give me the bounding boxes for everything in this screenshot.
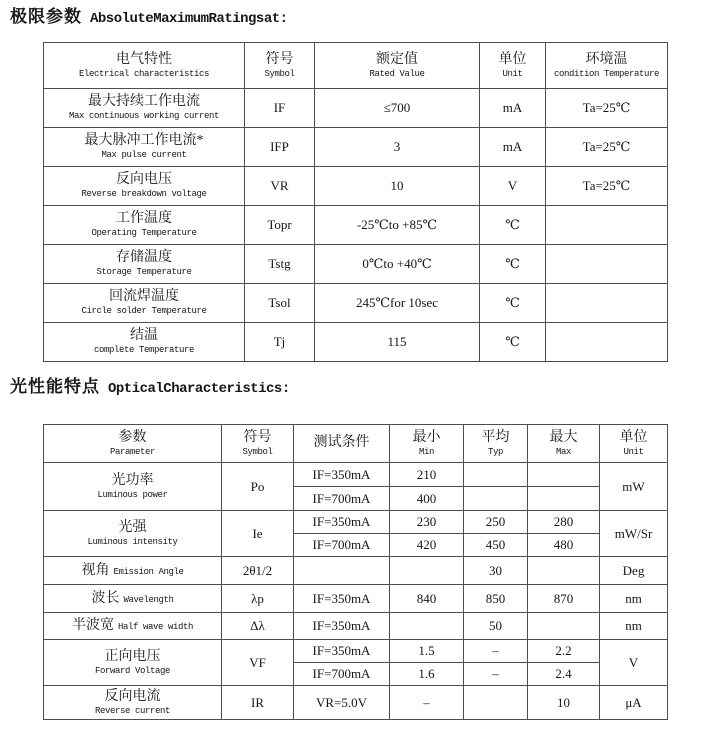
section2-title-en: OpticalCharacteristics: — [108, 381, 290, 397]
param-name-cell: 反向电流Reverse current — [44, 686, 222, 720]
test-condition-cell — [294, 557, 390, 585]
param-name-cell: 半波宽Half wave width — [44, 613, 222, 640]
unit-cell: μA — [600, 686, 668, 720]
unit-cell: ℃ — [480, 245, 546, 284]
unit-cell: ℃ — [480, 206, 546, 245]
param-name-cell: 存储温度Storage Temperature — [44, 245, 245, 284]
symbol-cell: IF — [245, 89, 315, 128]
max-cell — [528, 557, 600, 585]
header-rated-value: 额定值Rated Value — [315, 43, 480, 89]
table-row: 波长Wavelength λp IF=350mA 840 850 870 nm — [44, 585, 668, 613]
unit-cell: nm — [600, 613, 668, 640]
header-max: 最大Max — [528, 425, 600, 463]
typ-cell: 30 — [464, 557, 528, 585]
min-cell: 210 — [390, 463, 464, 487]
unit-cell: ℃ — [480, 323, 546, 362]
table-row: 工作温度Operating Temperature Topr -25℃to +8… — [44, 206, 668, 245]
max-cell: 2.4 — [528, 663, 600, 686]
max-cell — [528, 463, 600, 487]
symbol-cell: Tsol — [245, 284, 315, 323]
unit-cell: V — [480, 167, 546, 206]
condition-cell — [546, 284, 668, 323]
test-condition-cell: IF=700mA — [294, 663, 390, 686]
max-cell: 480 — [528, 534, 600, 557]
max-cell: 870 — [528, 585, 600, 613]
test-condition-cell: VR=5.0V — [294, 686, 390, 720]
table2-header-row: 参数Parameter 符号Symbol 测试条件 最小Min 平均Typ 最大… — [44, 425, 668, 463]
symbol-cell: 2θ1/2 — [222, 557, 294, 585]
header-unit: 单位Unit — [600, 425, 668, 463]
section2-title: 光性能特点OpticalCharacteristics: — [10, 376, 290, 398]
unit-cell: Deg — [600, 557, 668, 585]
param-name-cell: 工作温度Operating Temperature — [44, 206, 245, 245]
max-cell: 280 — [528, 511, 600, 534]
optical-characteristics-table: 参数Parameter 符号Symbol 测试条件 最小Min 平均Typ 最大… — [43, 424, 668, 720]
table-row: 存储温度Storage Temperature Tstg 0℃to +40℃ ℃ — [44, 245, 668, 284]
typ-cell: – — [464, 663, 528, 686]
min-cell: 1.6 — [390, 663, 464, 686]
min-cell: 1.5 — [390, 640, 464, 663]
typ-cell: 450 — [464, 534, 528, 557]
symbol-cell: λp — [222, 585, 294, 613]
min-cell: 400 — [390, 487, 464, 511]
symbol-cell: Topr — [245, 206, 315, 245]
symbol-cell: IFP — [245, 128, 315, 167]
min-cell: – — [390, 686, 464, 720]
condition-cell: Ta=25℃ — [546, 167, 668, 206]
table-row: 结温complete Temperature Tj 115 ℃ — [44, 323, 668, 362]
test-condition-cell: IF=350mA — [294, 463, 390, 487]
test-condition-cell: IF=350mA — [294, 585, 390, 613]
rated-value-cell: 245℃for 10sec — [315, 284, 480, 323]
condition-cell: Ta=25℃ — [546, 128, 668, 167]
table-row: 最大脉冲工作电流*Max pulse current IFP 3 mA Ta=2… — [44, 128, 668, 167]
table-row: 回流焊温度Circle solder Temperature Tsol 245℃… — [44, 284, 668, 323]
rated-value-cell: 10 — [315, 167, 480, 206]
section1-title-en: AbsoluteMaximumRatingsat: — [90, 11, 288, 27]
table-row: 光强Luminous intensity Ie IF=350mA 230 250… — [44, 511, 668, 534]
param-name-cell: 最大持续工作电流Max continuous working current — [44, 89, 245, 128]
param-name-cell: 结温complete Temperature — [44, 323, 245, 362]
typ-cell: 850 — [464, 585, 528, 613]
test-condition-cell: IF=700mA — [294, 534, 390, 557]
unit-cell: ℃ — [480, 284, 546, 323]
unit-cell: mA — [480, 89, 546, 128]
table-row: 视角Emission Angle 2θ1/2 30 Deg — [44, 557, 668, 585]
min-cell — [390, 613, 464, 640]
absolute-maximum-ratings-table: 电气特性Electrical characteristics 符号Symbol … — [43, 42, 668, 362]
param-name-cell: 正向电压Forward Voltage — [44, 640, 222, 686]
test-condition-cell: IF=700mA — [294, 487, 390, 511]
typ-cell — [464, 686, 528, 720]
symbol-cell: Ie — [222, 511, 294, 557]
table1-header-row: 电气特性Electrical characteristics 符号Symbol … — [44, 43, 668, 89]
condition-cell — [546, 245, 668, 284]
max-cell: 2.2 — [528, 640, 600, 663]
symbol-cell: Tj — [245, 323, 315, 362]
min-cell: 420 — [390, 534, 464, 557]
param-name-cell: 反向电压Reverse breakdown voltage — [44, 167, 245, 206]
unit-cell: nm — [600, 585, 668, 613]
rated-value-cell: 3 — [315, 128, 480, 167]
typ-cell — [464, 463, 528, 487]
min-cell — [390, 557, 464, 585]
symbol-cell: VR — [245, 167, 315, 206]
param-name-cell: 回流焊温度Circle solder Temperature — [44, 284, 245, 323]
param-name-cell: 波长Wavelength — [44, 585, 222, 613]
unit-cell: V — [600, 640, 668, 686]
symbol-cell: Δλ — [222, 613, 294, 640]
test-condition-cell: IF=350mA — [294, 511, 390, 534]
unit-cell: mW/Sr — [600, 511, 668, 557]
table-row: 反向电压Reverse breakdown voltage VR 10 V Ta… — [44, 167, 668, 206]
section1-title: 极限参数AbsoluteMaximumRatingsat: — [10, 6, 288, 28]
param-name-cell: 最大脉冲工作电流*Max pulse current — [44, 128, 245, 167]
header-min: 最小Min — [390, 425, 464, 463]
typ-cell — [464, 487, 528, 511]
symbol-cell: Tstg — [245, 245, 315, 284]
typ-cell: 250 — [464, 511, 528, 534]
param-name-cell: 光功率Luminous power — [44, 463, 222, 511]
rated-value-cell: -25℃to +85℃ — [315, 206, 480, 245]
header-typ: 平均Typ — [464, 425, 528, 463]
header-parameter: 参数Parameter — [44, 425, 222, 463]
table-row: 光功率Luminous power Po IF=350mA 210 mW — [44, 463, 668, 487]
unit-cell: mW — [600, 463, 668, 511]
rated-value-cell: 115 — [315, 323, 480, 362]
header-condition-temperature: 环境温condition Temperature — [546, 43, 668, 89]
rated-value-cell: ≤700 — [315, 89, 480, 128]
condition-cell — [546, 206, 668, 245]
param-name-cell: 视角Emission Angle — [44, 557, 222, 585]
test-condition-cell: IF=350mA — [294, 640, 390, 663]
table-row: 半波宽Half wave width Δλ IF=350mA 50 nm — [44, 613, 668, 640]
header-symbol: 符号Symbol — [222, 425, 294, 463]
max-cell — [528, 487, 600, 511]
min-cell: 230 — [390, 511, 464, 534]
table-row: 正向电压Forward Voltage VF IF=350mA 1.5 – 2.… — [44, 640, 668, 663]
table-row: 最大持续工作电流Max continuous working current I… — [44, 89, 668, 128]
max-cell: 10 — [528, 686, 600, 720]
condition-cell: Ta=25℃ — [546, 89, 668, 128]
param-name-cell: 光强Luminous intensity — [44, 511, 222, 557]
condition-cell — [546, 323, 668, 362]
typ-cell: – — [464, 640, 528, 663]
max-cell — [528, 613, 600, 640]
min-cell: 840 — [390, 585, 464, 613]
header-test-condition: 测试条件 — [294, 425, 390, 463]
symbol-cell: VF — [222, 640, 294, 686]
table-row: 反向电流Reverse current IR VR=5.0V – 10 μA — [44, 686, 668, 720]
unit-cell: mA — [480, 128, 546, 167]
typ-cell: 50 — [464, 613, 528, 640]
header-electrical-characteristics: 电气特性Electrical characteristics — [44, 43, 245, 89]
section2-title-cn: 光性能特点 — [10, 377, 100, 396]
rated-value-cell: 0℃to +40℃ — [315, 245, 480, 284]
symbol-cell: IR — [222, 686, 294, 720]
header-symbol: 符号Symbol — [245, 43, 315, 89]
test-condition-cell: IF=350mA — [294, 613, 390, 640]
symbol-cell: Po — [222, 463, 294, 511]
section1-title-cn: 极限参数 — [10, 7, 82, 26]
header-unit: 单位Unit — [480, 43, 546, 89]
